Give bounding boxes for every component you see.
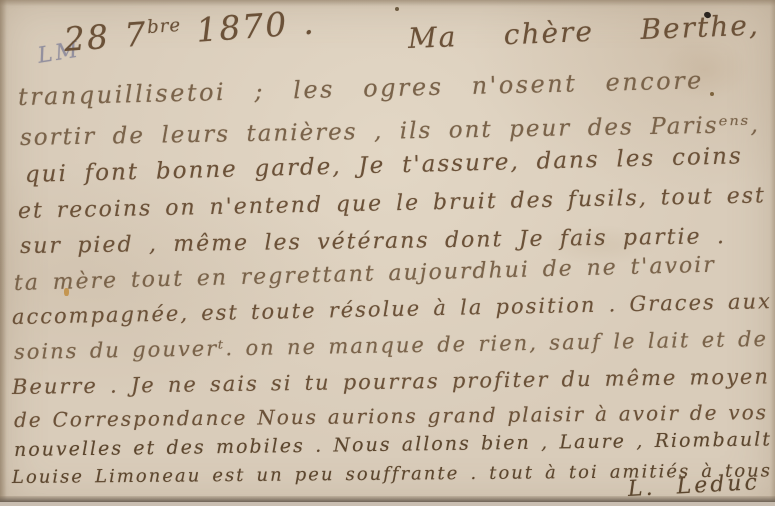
letter-body-line: soins du gouverᵗ. on ne manque de rien, … — [14, 328, 768, 364]
card-edge-top — [0, 0, 775, 6]
letter-body-line: accompagnée, est toute résolue à la posi… — [12, 290, 772, 329]
date-day-month: 28 7 — [63, 14, 149, 59]
letter-body-line: qui font bonne garde, Je t'assure, dans … — [25, 144, 743, 188]
letter-body-line: Beurre . Je ne sais si tu pourras profit… — [12, 365, 770, 399]
letter-body-line: nouvelles et des mobiles . Nous allons b… — [14, 429, 772, 460]
scanned-letter-page: LM 28 7bre 1870 . Ma chère Berthe, tranq… — [0, 0, 775, 506]
ink-speck — [710, 92, 714, 96]
letter-body-line: tranquillisetoi ; les ogres n'osent enco… — [18, 67, 704, 110]
date-year: 1870 . — [180, 2, 317, 50]
letter-body-line: de Correspondance Nous aurions grand pla… — [14, 401, 768, 431]
letter-body-line: ta mère tout en regrettant aujourdhui de… — [14, 254, 716, 297]
ink-speck — [395, 7, 399, 11]
card-edge-left — [0, 0, 7, 506]
letter-body-line: et recoins on n'entend que le bruit des … — [18, 184, 766, 224]
date-line: 28 7bre 1870 . — [63, 4, 317, 58]
scan-background-strip — [0, 502, 775, 506]
date-month-superscript: bre — [146, 15, 181, 38]
